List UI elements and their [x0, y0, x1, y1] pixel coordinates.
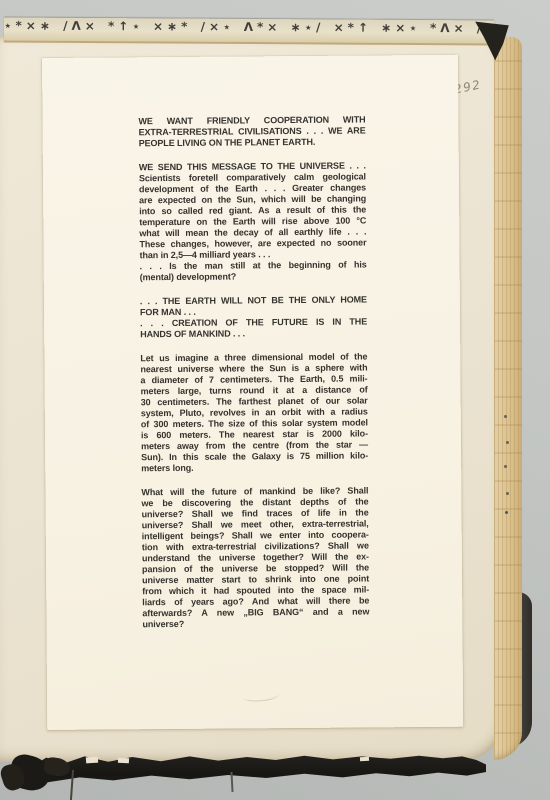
- text-line: (mental) development?: [140, 270, 367, 283]
- text-line: These changes, however, are expected no …: [139, 237, 366, 250]
- bottom-cover-frayed-edge: [8, 754, 486, 784]
- book-fore-edge: [494, 37, 522, 760]
- faint-pencil-mark: [243, 689, 280, 703]
- pasted-sheet: WE WANT FRIENDLY COOPERATION WITHEXTRA-T…: [42, 55, 463, 730]
- text-line: . . . THE EARTH WILL NOT BE THE ONLY HOM…: [140, 294, 367, 307]
- paragraph: Let us imagine a three dimensional model…: [140, 351, 368, 474]
- paragraph: What will the future of mankind be like?…: [141, 485, 369, 630]
- cover-tear-gap: [360, 757, 369, 761]
- photo-of-book: 292 WE WANT FRIENDLY COOPERATION WITHEXT…: [0, 0, 550, 800]
- edge-glyphs: ⋆*×∗ /Λ× *↑⋆ ×∗* /×⋆ Λ*× ∗⋆/ ×*↑ ∗×⋆ *Λ×…: [4, 19, 494, 36]
- edge-stain-dot: [505, 511, 508, 514]
- paragraph: WE WANT FRIENDLY COOPERATION WITHEXTRA-T…: [138, 114, 365, 149]
- paragraph: . . . THE EARTH WILL NOT BE THE ONLY HOM…: [140, 294, 367, 340]
- edge-stain-dot: [506, 441, 509, 444]
- text-block: WE WANT FRIENDLY COOPERATION WITHEXTRA-T…: [138, 114, 369, 630]
- cover-tear-gap: [86, 757, 98, 764]
- text-line: . . . Is the man still at the beginning …: [140, 259, 367, 272]
- text-line: afterwards? A new „BIG BANG“ and a new: [142, 606, 369, 619]
- text-line: EXTRA-TERRESTRIAL CIVILISATIONS . . . WE…: [139, 125, 366, 138]
- text-line: meters long.: [141, 461, 368, 474]
- edge-stain-dot: [504, 415, 507, 418]
- text-line: PEOPLE LIVING ON THE PLANET EARTH.: [139, 136, 366, 149]
- edge-stain-dot: [506, 492, 509, 495]
- book-top-edge-decoration: ⋆*×∗ /Λ× *↑⋆ ×∗* /×⋆ Λ*× ∗⋆/ ×*↑ ∗×⋆ *Λ×…: [4, 18, 494, 46]
- text-line: . . . CREATION OF THE FUTURE IS IN THE: [140, 316, 367, 329]
- text-line: Sun). In this scale the Galaxy is 75 mil…: [141, 450, 368, 463]
- text-line: universe?: [142, 617, 369, 630]
- paragraph: WE SEND THIS MESSAGE TO THE UNIVERSE . .…: [139, 160, 367, 283]
- cover-tear-gap: [118, 758, 129, 764]
- edge-stain-dot: [504, 465, 507, 468]
- text-line: HANDS OF MANKIND . . .: [140, 327, 367, 340]
